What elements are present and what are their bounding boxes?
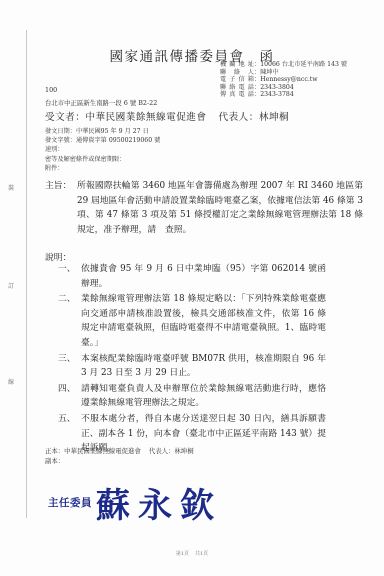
signature-name: 蘇永欽	[96, 486, 222, 526]
attachments: 附件：	[45, 164, 160, 173]
explanation-item: 三、本案核配業餘臨時電臺呼號 BM07R 供用，核准期限自 96 年 3 月 2…	[58, 352, 326, 381]
postal-code: 100	[45, 86, 57, 94]
page-number: 第1頁共1頁	[0, 550, 384, 557]
signature-role: 主任委員	[48, 497, 92, 509]
sender-fax: 傳真電話：2343-3784	[220, 91, 347, 99]
document-number: 發文字號：通傳資字第 09500219060 號	[45, 136, 160, 145]
recipient-line: 受文者：中華民國業餘無線電促進會代表人：林坤桐	[45, 109, 289, 123]
urgency: 速別：	[45, 145, 160, 154]
recipient-representative: 代表人：林坤桐	[219, 112, 290, 123]
binding-line	[26, 30, 27, 518]
recipient-name: 中華民國業餘無線電促進會	[85, 112, 206, 123]
issue-date: 發文日期：中華民國95 年 9 月 27 日	[45, 127, 160, 136]
subject-section: 主旨： 所報國際扶輪第 3460 地區年會籌備處為辦理 2007 年 RI 34…	[45, 179, 363, 237]
subject-text: 所報國際扶輪第 3460 地區年會籌備處為辦理 2007 年 RI 3460 地…	[77, 179, 363, 237]
duplicate-copy: 副本：	[45, 456, 194, 466]
document-meta: 發文日期：中華民國95 年 9 月 27 日 發文字號：通傳資字第 095002…	[45, 127, 160, 173]
explanation-item: 四、請轉知電臺負責人及申辦單位於業餘無線電活動進行時，應恪遵業餘無線電管理辦法之…	[58, 382, 326, 411]
signature-stamp: 主任委員蘇永欽	[48, 478, 222, 527]
explanation-item: 二、業餘無線電管理辦法第 18 條規定略以：「下列特殊業餘電臺應向交通部申請核准…	[58, 292, 326, 350]
classification: 密等及解密條件或保密期限：	[45, 155, 160, 164]
sender-address: 機關地址：10066 台北市延平南路 143 號	[220, 61, 347, 69]
recipient-label: 受文者：	[45, 112, 85, 123]
explanation-list: 一、依據貴會 95 年 9 月 6 日中業坤臨（95）字第 062014 號函辦…	[58, 262, 326, 457]
explanation-item: 一、依據貴會 95 年 9 月 6 日中業坤臨（95）字第 062014 號函辦…	[58, 262, 326, 291]
margin-mark-staple: 訂	[8, 281, 14, 290]
sender-info: 機關地址：10066 台北市延平南路 143 號 聯絡人：陳坤中 電子信箱：He…	[220, 61, 347, 99]
subject-label: 主旨：	[45, 179, 71, 194]
original-copy: 正本：中華民國業餘無線電促進會代表人：林坤桐	[45, 446, 194, 456]
sender-email: 電子信箱：Hennessy@ncc.tw	[220, 76, 347, 84]
recipient-address: 台北市中正區新生南路一段 6 號 B2-22	[45, 98, 157, 107]
margin-mark-bind: 裝	[8, 183, 14, 192]
margin-mark-line: 線	[8, 377, 14, 386]
distribution: 正本：中華民國業餘無線電促進會代表人：林坤桐 副本：	[45, 446, 194, 466]
